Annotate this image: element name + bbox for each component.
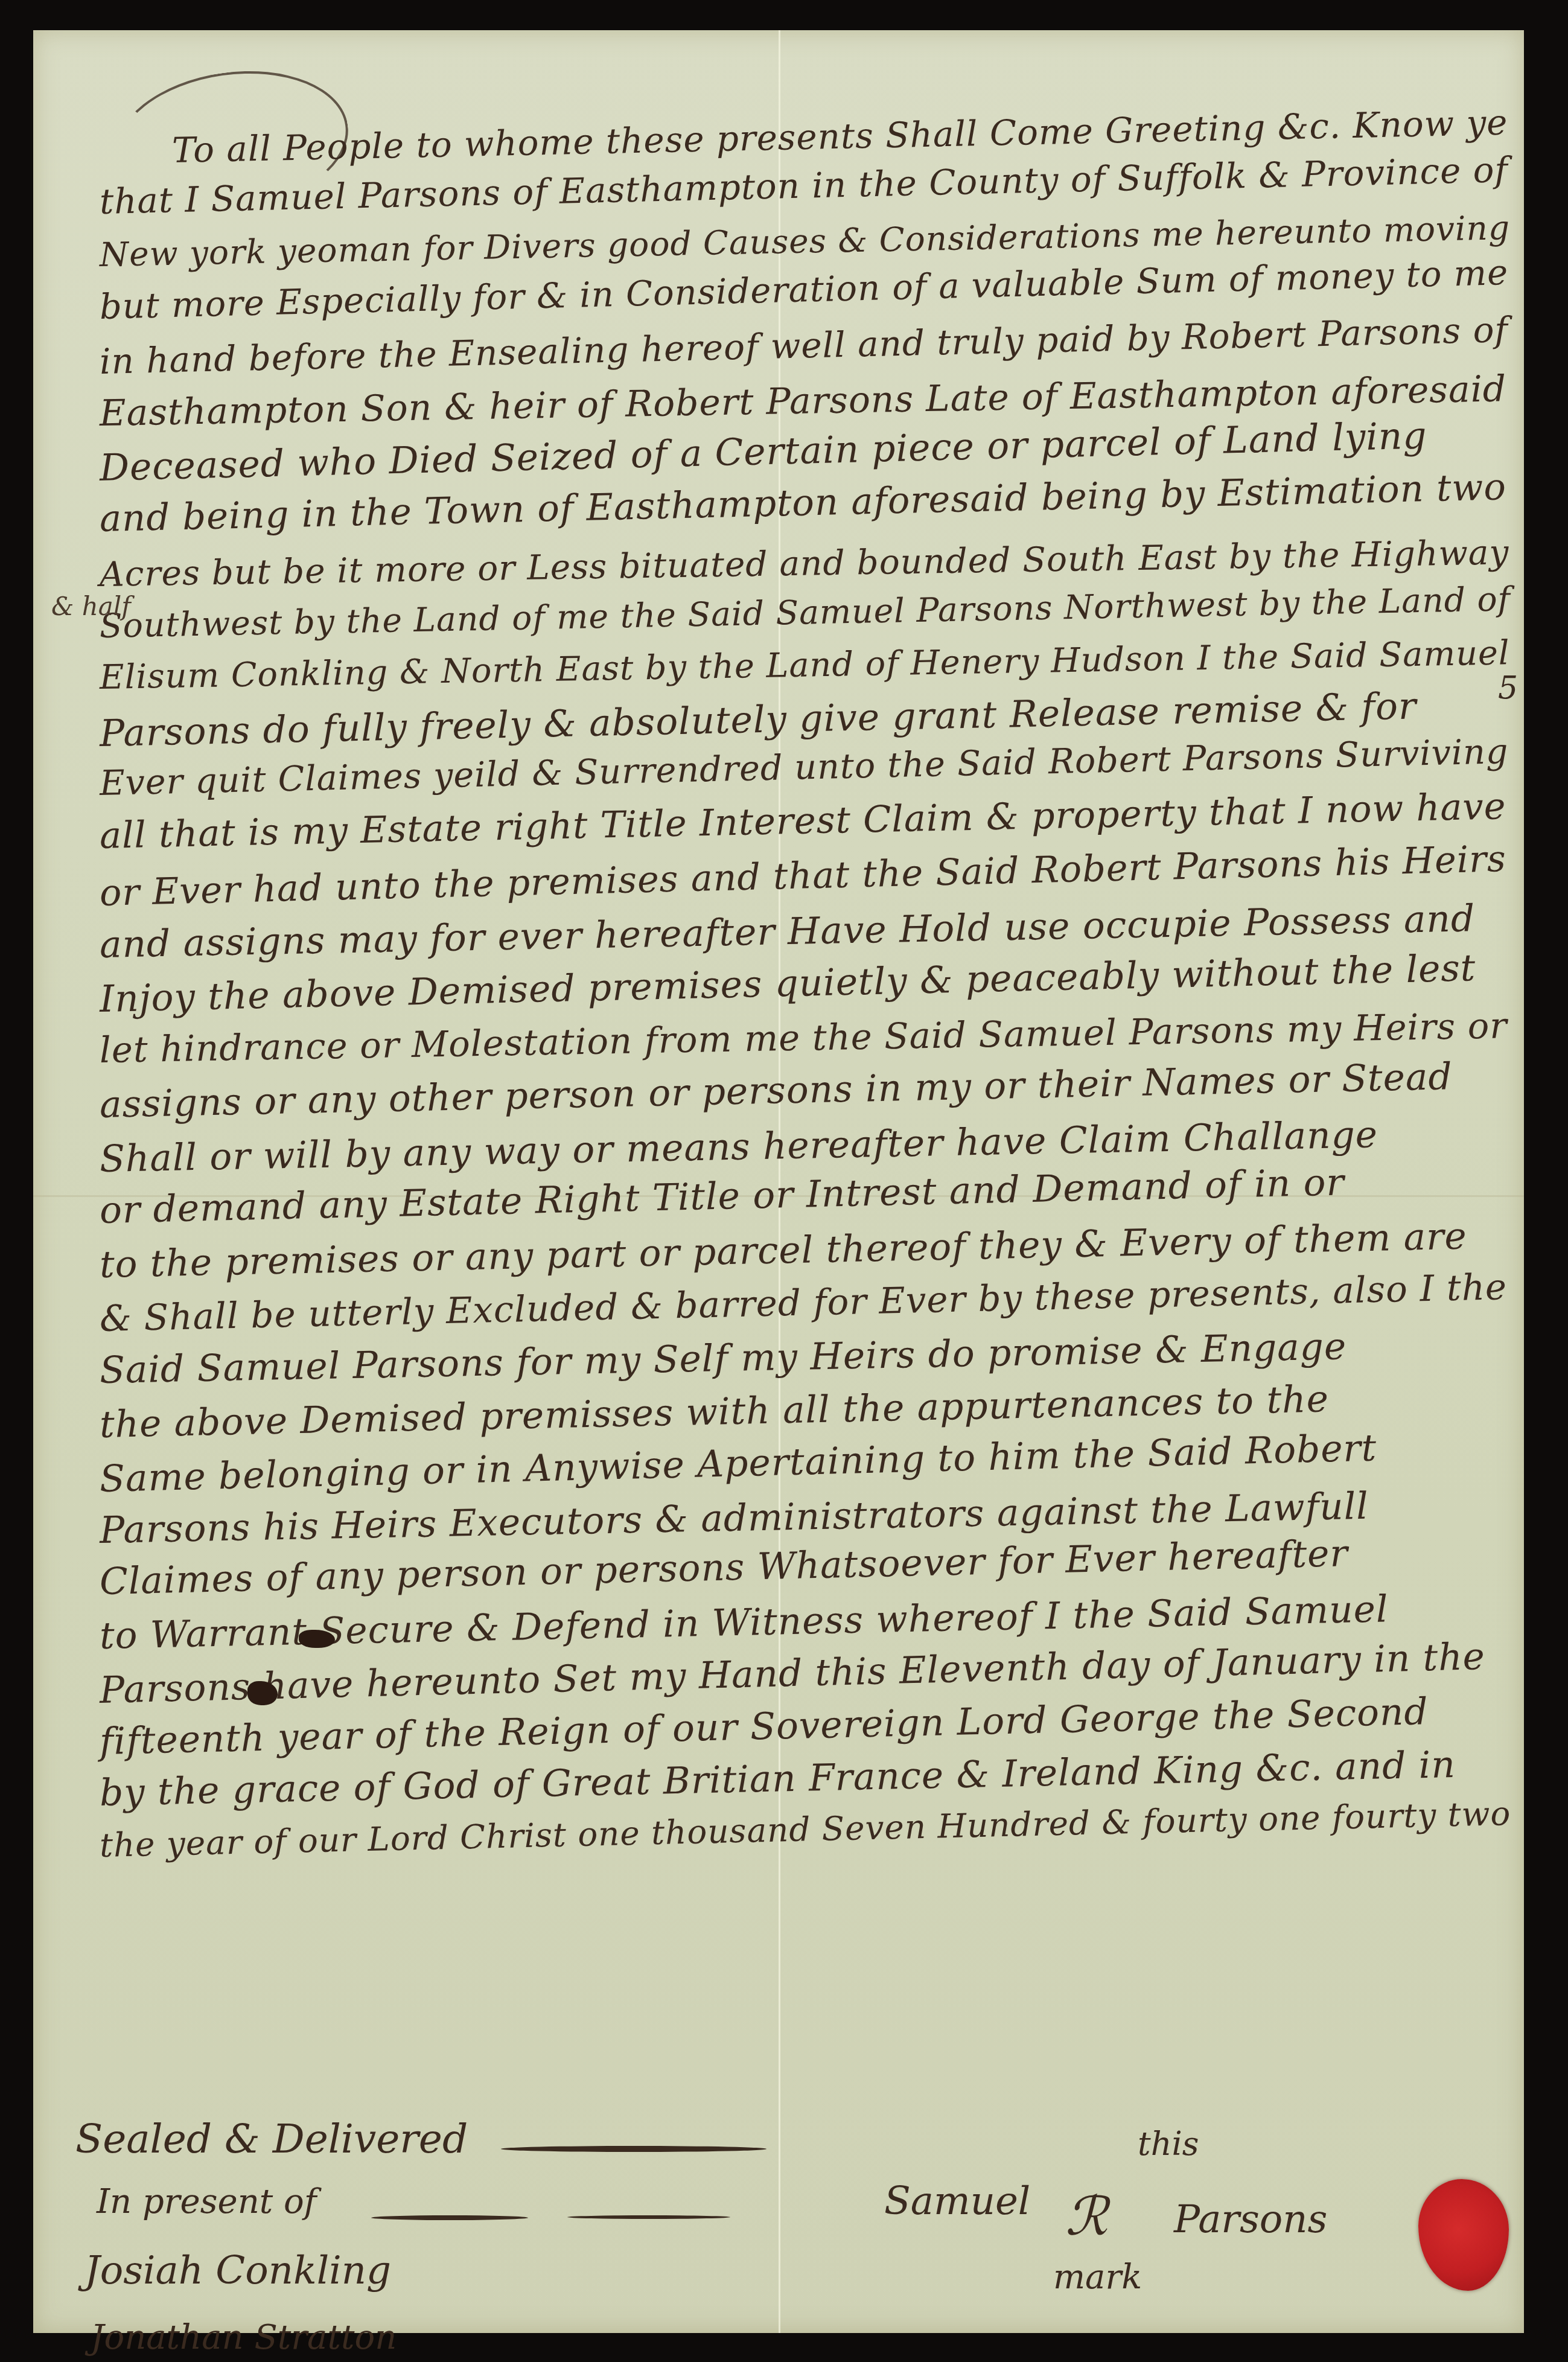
- this-label: this: [1138, 2125, 1199, 2163]
- ink-blot: [299, 1630, 335, 1648]
- mark-label: mark: [1053, 2258, 1142, 2297]
- ink-blot: [247, 1681, 278, 1705]
- witness-name-1: Josiah Conkling: [84, 2249, 391, 2293]
- signer-first-name: Samuel: [884, 2179, 1030, 2224]
- witness-name-2: Jonathan Stratton: [91, 2318, 397, 2357]
- margin-note: & half: [51, 592, 131, 621]
- deed-paper: To all People to whome these presents Sh…: [33, 30, 1524, 2333]
- sealed-delivered-label: Sealed & Delivered: [75, 2116, 468, 2162]
- red-wax-seal: [1418, 2179, 1509, 2291]
- side-margin-mark: 5: [1498, 670, 1518, 706]
- witness-rule: [567, 2215, 730, 2219]
- in-presence-label: In present of: [97, 2182, 316, 2221]
- witness-rule: [371, 2215, 528, 2220]
- signer-last-name: Parsons: [1174, 2197, 1327, 2242]
- signer-mark-glyph: ℛ: [1065, 2185, 1107, 2247]
- signature-rule: [501, 2146, 766, 2152]
